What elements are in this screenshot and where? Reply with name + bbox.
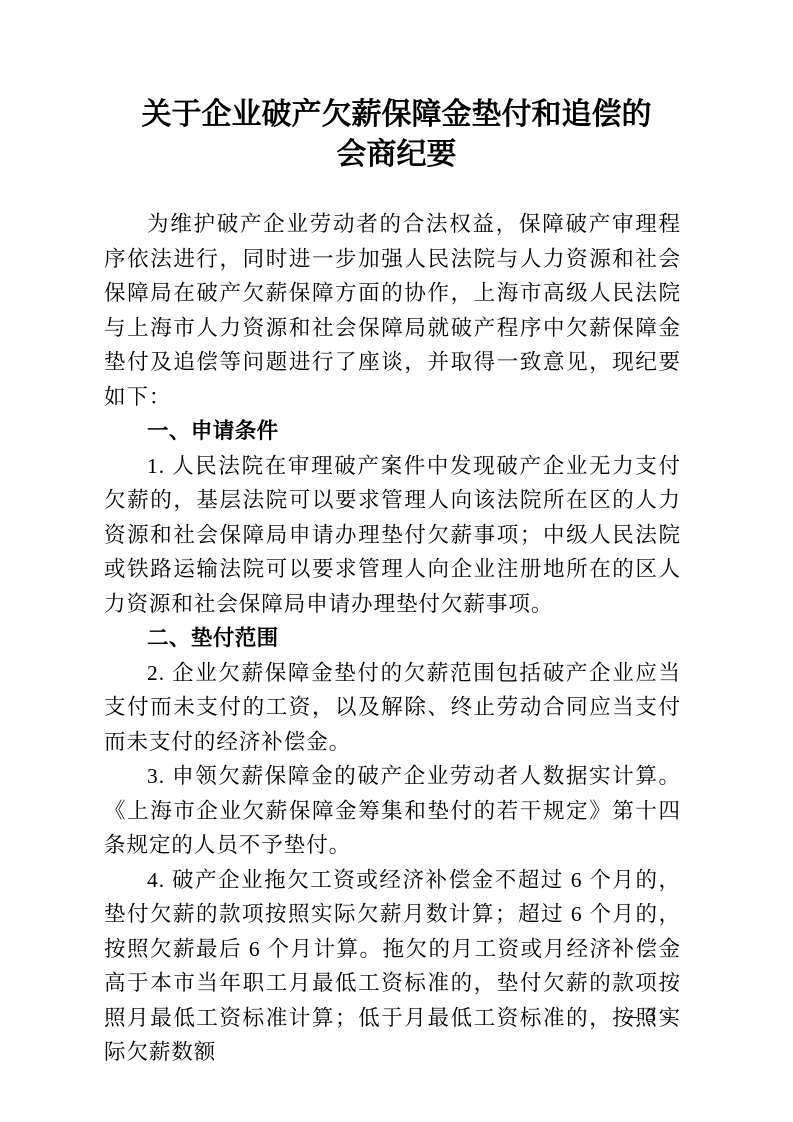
section-2-paragraph-3: 4. 破产企业拖欠工资或经济补偿金不超过 6 个月的，垫付欠薪的款项按照实际欠薪…	[104, 863, 681, 1070]
intro-paragraph: 为维护破产企业劳动者的合法权益，保障破产审理程序依法进行，同时进一步加强人民法院…	[104, 207, 681, 414]
document-title-line1: 关于企业破产欠薪保障金垫付和追偿的	[0, 95, 793, 135]
document-title: 关于企业破产欠薪保障金垫付和追偿的 会商纪要	[0, 95, 793, 175]
document-title-line2: 会商纪要	[0, 135, 793, 175]
section-2-paragraph-1: 2. 企业欠薪保障金垫付的欠薪范围包括破产企业应当支付而未支付的工资，以及解除、…	[104, 656, 681, 760]
document-page: 关于企业破产欠薪保障金垫付和追偿的 会商纪要 为维护破产企业劳动者的合法权益，保…	[0, 0, 793, 1122]
section-1-heading: 一、申请条件	[104, 414, 681, 449]
page-number: – 3 –	[627, 1002, 677, 1030]
document-body: 为维护破产企业劳动者的合法权益，保障破产审理程序依法进行，同时进一步加强人民法院…	[0, 207, 793, 1070]
section-2-heading: 二、垫付范围	[104, 621, 681, 656]
section-1-paragraph-1: 1. 人民法院在审理破产案件中发现破产企业无力支付欠薪的，基层法院可以要求管理人…	[104, 449, 681, 622]
section-2-paragraph-2: 3. 申领欠薪保障金的破产企业劳动者人数据实计算。《上海市企业欠薪保障金筹集和垫…	[104, 759, 681, 863]
